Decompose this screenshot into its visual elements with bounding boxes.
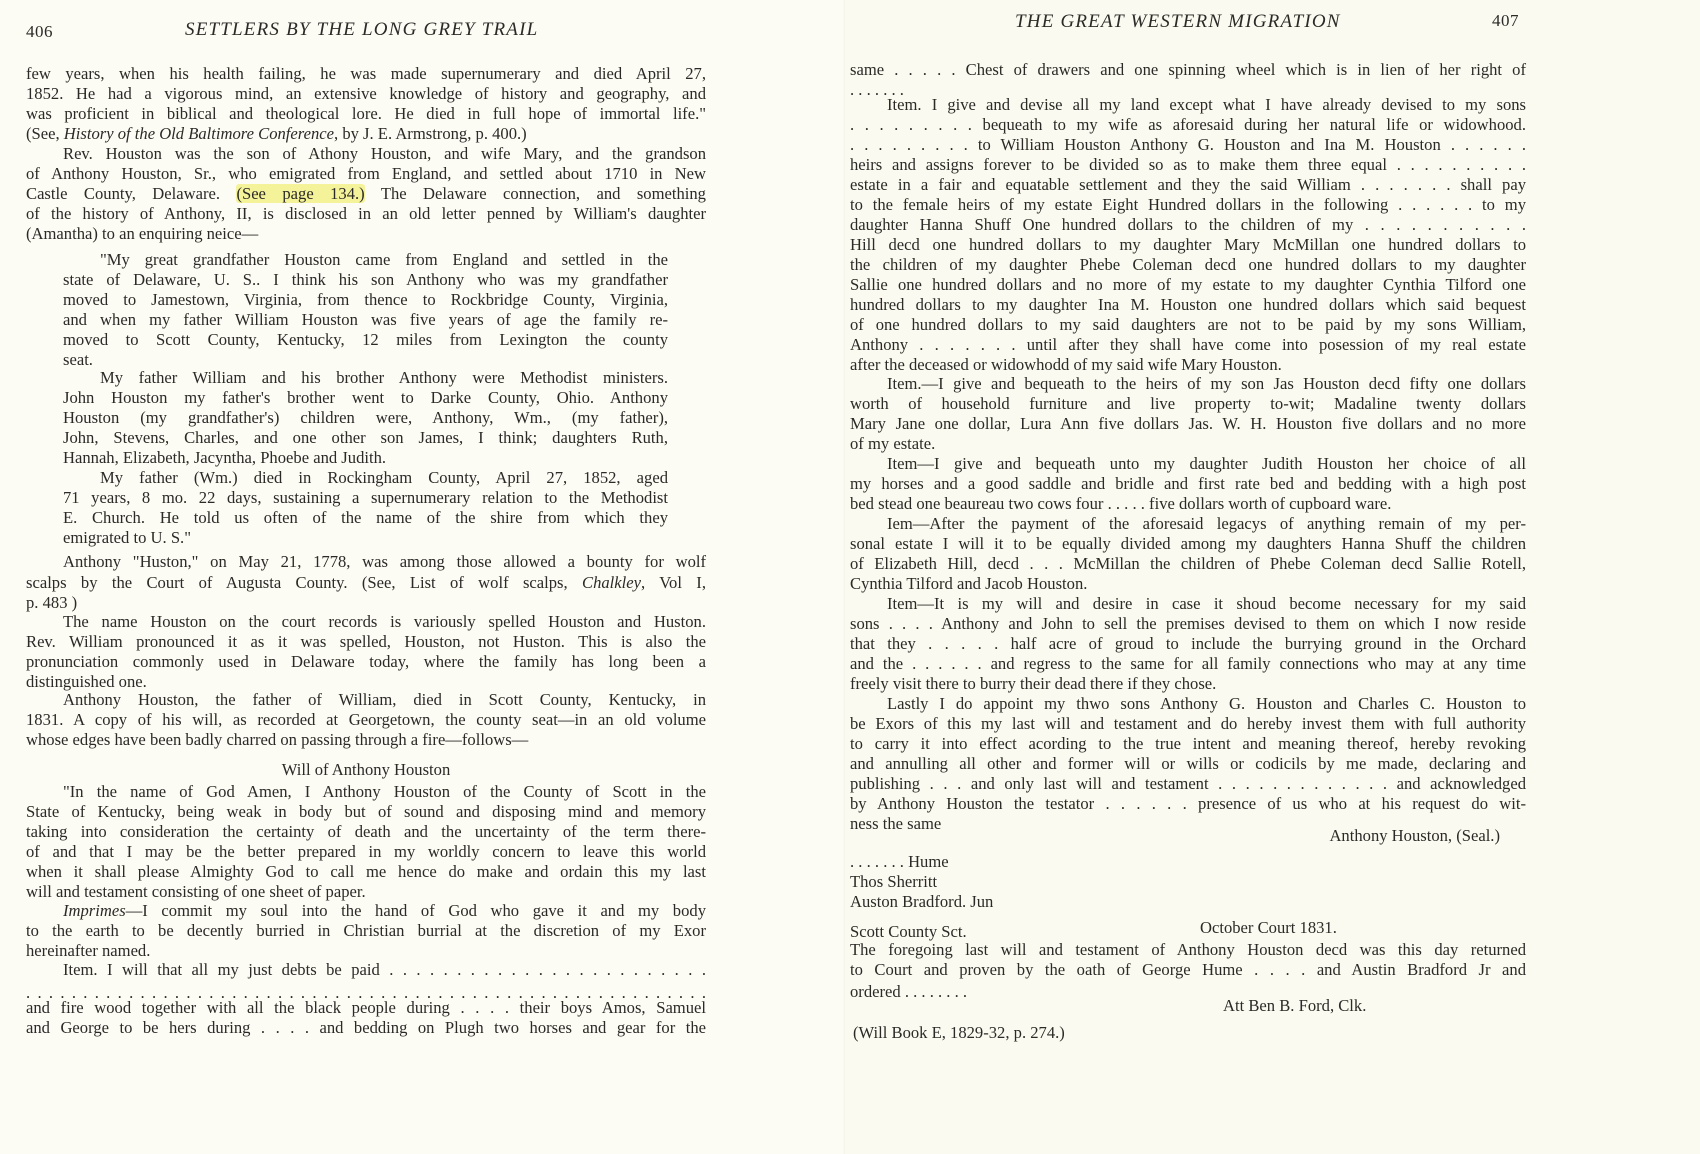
citation: (Will Book E, 1829-32, p. 274.) <box>853 1023 1253 1043</box>
text-line: Hill decd one hundred dollars to my daug… <box>850 235 1526 255</box>
text-line: Item. I will that all my just debts be p… <box>63 960 706 980</box>
text-line: scalps by the Court of Augusta County. (… <box>26 573 706 593</box>
text-line: bed stead one beaureau two cows four . .… <box>850 494 1526 514</box>
left-page: 406 SETTLERS BY THE LONG GREY TRAIL few … <box>0 0 845 1154</box>
quote-line: and when my father William Houston was f… <box>63 310 668 330</box>
text-line: that they . . . . . half acre of groud t… <box>850 634 1526 654</box>
text-line: 1831. A copy of his will, as recorded at… <box>26 710 706 730</box>
text-line: of one hundred dollars to my said daught… <box>850 315 1526 335</box>
text-line: Sallie one hundred dollars and no more o… <box>850 275 1526 295</box>
text-line: after the deceased or widowhodd of my sa… <box>850 355 1526 375</box>
text-line: (See, History of the Old Baltimore Confe… <box>26 124 706 144</box>
text-line: p. 483 ) <box>26 593 706 613</box>
text-line: of my estate. <box>850 434 1526 454</box>
quote-line: John, Stevens, Charles, and one other so… <box>63 428 668 448</box>
text-line: sonal estate I will it to be equally div… <box>850 534 1526 554</box>
text-line: to Court and proven by the oath of Georg… <box>850 960 1526 980</box>
quote-line: moved to Jamestown, Virginia, from thenc… <box>63 290 668 310</box>
book-title: History of the Old Baltimore Conference <box>64 124 334 143</box>
quote-line: Houston (my grandfather's) children were… <box>63 408 668 428</box>
text-line: and annulling all other and former will … <box>850 754 1526 774</box>
text-line: be Exors of this my last will and testam… <box>850 714 1526 734</box>
highlighted-text: (See page 134.) <box>236 184 364 203</box>
text-line: to carry it into effect acording to the … <box>850 734 1526 754</box>
text-line: The name Houston on the court records is… <box>63 612 706 632</box>
text-line: to the female heirs of my estate Eight H… <box>850 195 1526 215</box>
text-line: Anthony Houston, the father of William, … <box>63 690 706 710</box>
text-line: and fire wood together with all the blac… <box>26 998 706 1018</box>
text-line: and George to be hers during . . . . and… <box>26 1018 706 1038</box>
text-line: and the . . . . . . and regress to the s… <box>850 654 1526 674</box>
witness-name: Auston Bradford. Jun <box>850 892 1250 912</box>
running-head: THE GREAT WESTERN MIGRATION <box>1015 11 1341 33</box>
quote-line: Hannah, Elizabeth, Jacyntha, Phoebe and … <box>63 448 668 468</box>
text-line: "In the name of God Amen, I Anthony Hous… <box>63 782 706 802</box>
quote-line: My father (Wm.) died in Rockingham Count… <box>100 468 668 488</box>
text-line: of Anthony Houston, Sr., who emigrated f… <box>26 164 706 184</box>
text-line: daughter Hanna Shuff One hundred dollars… <box>850 215 1526 235</box>
text-line: . . . . . . . . . bequeath to my wife as… <box>850 115 1526 135</box>
quote-line: 71 years, 8 mo. 22 days, sustaining a su… <box>63 488 668 508</box>
text-line: Item—I give and bequeath unto my daughte… <box>887 454 1526 474</box>
signature: Anthony Houston, (Seal.) <box>850 826 1500 846</box>
quote-line: state of Delaware, U. S.. I think his so… <box>63 270 668 290</box>
book-spread: 406 SETTLERS BY THE LONG GREY TRAIL few … <box>0 0 1700 1154</box>
text-line: . . . . . . . . . to William Houston Ant… <box>850 135 1526 155</box>
witness-name: . . . . . . . Hume <box>850 852 1250 872</box>
text-line: worth of household furniture and live pr… <box>850 394 1526 414</box>
text-line: Mary Jane one dollar, Lura Ann five doll… <box>850 414 1526 434</box>
text-line: Item—It is my will and desire in case it… <box>887 594 1526 614</box>
section-heading: Will of Anthony Houston <box>26 760 706 780</box>
text-line: Castle County, Delaware. (See page 134.)… <box>26 184 706 204</box>
text-line: 1852. He had a vigorous mind, an extensi… <box>26 84 706 104</box>
text-line: estate in a fair and equatable settlemen… <box>850 175 1526 195</box>
text-line: when it shall please Almighty God to cal… <box>26 862 706 882</box>
quote-line: "My great grandfather Houston came from … <box>100 250 668 270</box>
text-line: to the earth to be decently burried in C… <box>26 921 706 941</box>
witness-name: Thos Sherritt <box>850 872 1250 892</box>
text-line: hereinafter named. <box>26 941 706 961</box>
text-line: taking into consideration the certainty … <box>26 822 706 842</box>
text-line: my horses and a good saddle and bridle a… <box>850 474 1526 494</box>
quote-line: E. Church. He told us often of the name … <box>63 508 668 528</box>
text-line: of Elizabeth Hill, decd . . . McMillan t… <box>850 554 1526 574</box>
text-line: Iem—After the payment of the aforesaid l… <box>887 514 1526 534</box>
text-line: hundred dollars to my daughter Ina M. Ho… <box>850 295 1526 315</box>
text-line: Item.—I give and bequeath to the heirs o… <box>887 374 1526 394</box>
text-line: pronunciation commonly used in Delaware … <box>26 652 706 672</box>
court-location: Scott County Sct. <box>850 922 1150 942</box>
text-line: Rev. Houston was the son of Athony Houst… <box>63 144 706 164</box>
text-line: Anthony "Huston," on May 21, 1778, was a… <box>63 552 706 572</box>
text-line: heirs and assigns forever to be divided … <box>850 155 1526 175</box>
quote-line: seat. <box>63 350 668 370</box>
text-line: Item. I give and devise all my land exce… <box>887 95 1526 115</box>
text-line: by Anthony Houston the testator . . . . … <box>850 794 1526 814</box>
text-line: Anthony . . . . . . . until after they s… <box>850 335 1526 355</box>
text-line: Lastly I do appoint my thwo sons Anthony… <box>887 694 1526 714</box>
right-page: THE GREAT WESTERN MIGRATION 407 same . .… <box>845 0 1700 1154</box>
text-line: distinguished one. <box>26 672 706 692</box>
page-number: 407 <box>1492 11 1519 31</box>
text-line: sons . . . . Anthony and John to sell th… <box>850 614 1526 634</box>
text-line: (Amantha) to an enquiring neice— <box>26 224 706 244</box>
text-line: Rev. William pronounced it as it was spe… <box>26 632 706 652</box>
running-head: SETTLERS BY THE LONG GREY TRAIL <box>185 19 538 41</box>
text-line: Imprimes—I commit my soul into the hand … <box>63 901 706 921</box>
text-line: same . . . . . Chest of drawers and one … <box>850 60 1526 80</box>
text-line: Cynthia Tilford and Jacob Houston. <box>850 574 1526 594</box>
text-line: few years, when his health failing, he w… <box>26 64 706 84</box>
text-line: freely visit there to burry their dead t… <box>850 674 1526 694</box>
text-line: publishing . . . and only last will and … <box>850 774 1526 794</box>
court-date: October Court 1831. <box>1200 918 1420 938</box>
book-title: Chalkley <box>582 573 641 592</box>
clerk-attestation: Att Ben B. Ford, Clk. <box>1223 996 1523 1016</box>
text-line: was proficient in biblical and theologic… <box>26 104 706 124</box>
text-line: of the history of Anthony, II, is disclo… <box>26 204 706 224</box>
quote-line: John Houston my father's brother went to… <box>63 388 668 408</box>
text-line: The foregoing last will and testament of… <box>850 940 1526 960</box>
text-line: the children of my daughter Phebe Colema… <box>850 255 1526 275</box>
quote-line: My father William and his brother Anthon… <box>100 368 668 388</box>
text-line: State of Kentucky, being weak in body bu… <box>26 802 706 822</box>
page-number: 406 <box>26 22 53 42</box>
text-line: of and that I may be the better prepared… <box>26 842 706 862</box>
quote-line: moved to Scott County, Kentucky, 12 mile… <box>63 330 668 350</box>
quote-line: emigrated to U. S." <box>63 528 668 548</box>
text-line: whose edges have been badly charred on p… <box>26 730 706 750</box>
text-line: will and testament consisting of one she… <box>26 882 706 902</box>
